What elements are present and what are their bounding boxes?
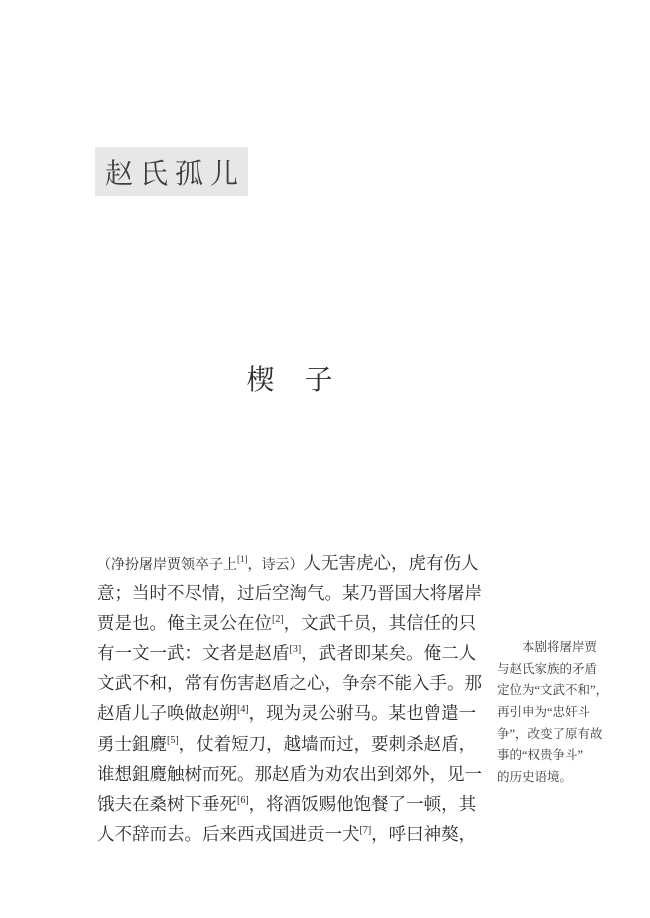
book-page: 赵氏孤儿 楔 子 （净扮屠岸贾领卒子上[1]，诗云）人无害虎心，虎有伤人意；当时… (0, 0, 650, 918)
text-line: 有一文一武：文者是赵盾[3]，武者即某矣。俺二人 (97, 638, 483, 668)
section-heading: 楔 子 (97, 358, 483, 398)
stage-direction: （净扮屠岸贾领卒子上 (97, 558, 237, 573)
dialog-text: 勇士鉏麑 (97, 734, 167, 754)
dialog-text: ，现为灵公驸马。某也曾遣一 (249, 703, 477, 723)
note-line: 的历史语境。 (497, 767, 617, 789)
footnote-ref[interactable]: [2] (272, 614, 284, 625)
book-title: 赵氏孤儿 (98, 152, 245, 192)
text-line: 饿夫在桑树下垂死[6]，将酒饭赐他饱餐了一顿，其 (97, 789, 483, 819)
text-line: 贾是也。俺主灵公在位[2]，文武千员，其信任的只 (97, 608, 483, 638)
dialog-text: ，武者即某矣。俺二人 (301, 643, 476, 663)
dialog-text: 文武不和，常有伤害赵盾之心，争奈不能入手。那 (97, 673, 482, 693)
dialog-text: 赵盾儿子唤做赵朔 (97, 703, 237, 723)
margin-note: 本剧将屠岸贾与赵氏家族的矛盾定位为“文武不和”，再引申为“忠奸斗争”，改变了原有… (497, 637, 617, 789)
dialog-text: 人不辞而去。后来西戎国进贡一犬 (97, 824, 360, 844)
text-line: 文武不和，常有伤害赵盾之心，争奈不能入手。那 (97, 668, 483, 698)
text-line: （净扮屠岸贾领卒子上[1]，诗云）人无害虎心，虎有伤人 (97, 548, 483, 578)
dialog-text: 贾是也。俺主灵公在位 (97, 613, 272, 633)
note-line: 定位为“文武不和”， (497, 680, 617, 702)
stage-direction: ，诗云） (248, 558, 304, 573)
footnote-ref[interactable]: [6] (237, 795, 249, 806)
main-text: （净扮屠岸贾领卒子上[1]，诗云）人无害虎心，虎有伤人意；当时不尽情，过后空淘气… (97, 548, 483, 849)
dialog-text: ，文武千员，其信任的只 (284, 613, 477, 633)
footnote-ref[interactable]: [7] (360, 825, 372, 836)
text-line: 赵盾儿子唤做赵朔[4]，现为灵公驸马。某也曾遣一 (97, 698, 483, 728)
text-line: 谁想鉏麑触树而死。那赵盾为劝农出到郊外，见一 (97, 759, 483, 789)
footnote-ref[interactable]: [4] (237, 704, 249, 715)
footnote-ref[interactable]: [1] (237, 554, 248, 564)
dialog-text: 意；当时不尽情，过后空淘气。某乃晋国大将屠岸 (97, 583, 482, 603)
note-line: 再引申为“忠奸斗 (497, 702, 617, 724)
book-title-box: 赵氏孤儿 (95, 147, 248, 196)
text-line: 勇士鉏麑[5]，仗着短刀，越墙而过，要刺杀赵盾， (97, 729, 483, 759)
dialog-text: ，将酒饭赐他饱餐了一顿，其 (249, 794, 477, 814)
note-line: 事的“权贵争斗” (497, 745, 617, 767)
note-line: 与赵氏家族的矛盾 (497, 659, 617, 681)
dialog-text: 饿夫在桑树下垂死 (97, 794, 237, 814)
note-line: 争”，改变了原有故 (497, 724, 617, 746)
dialog-text: 有一文一武：文者是赵盾 (97, 643, 290, 663)
dialog-text: 谁想鉏麑触树而死。那赵盾为劝农出到郊外，见一 (97, 764, 482, 784)
footnote-ref[interactable]: [3] (290, 644, 302, 655)
text-line: 意；当时不尽情，过后空淘气。某乃晋国大将屠岸 (97, 578, 483, 608)
dialog-text: 人无害虎心，虎有伤人 (304, 553, 479, 573)
text-line: 人不辞而去。后来西戎国进贡一犬[7]，呼曰神獒， (97, 819, 483, 849)
note-line: 本剧将屠岸贾 (497, 637, 617, 659)
footnote-ref[interactable]: [5] (167, 735, 179, 746)
dialog-text: ，呼曰神獒， (371, 824, 476, 844)
dialog-text: ，仗着短刀，越墙而过，要刺杀赵盾， (179, 734, 477, 754)
